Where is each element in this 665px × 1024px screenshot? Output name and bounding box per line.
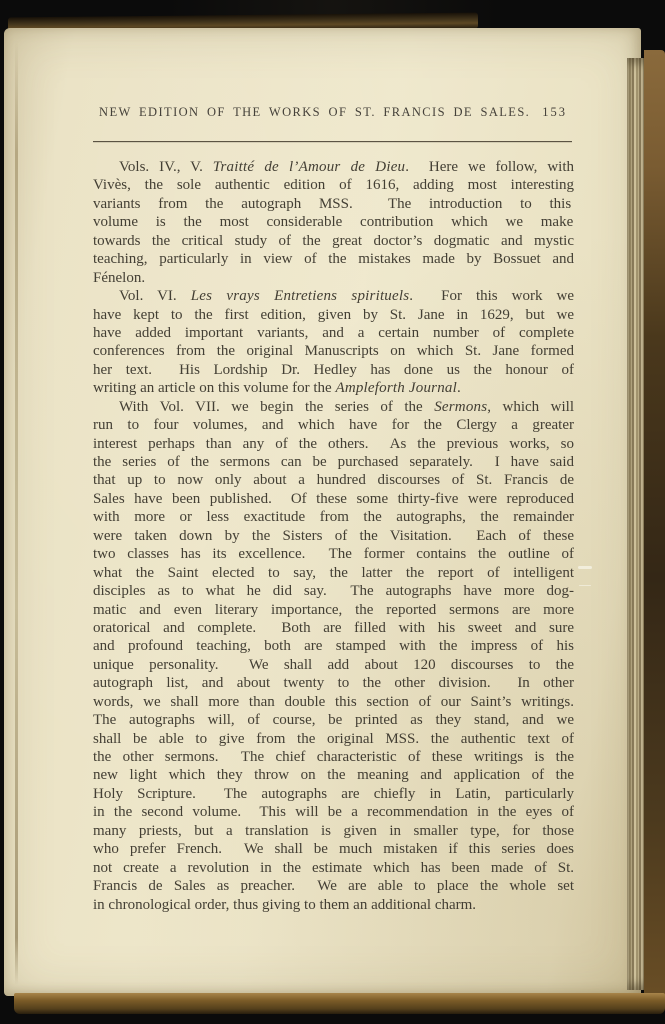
text-line: many priests, but a translation is given…: [93, 822, 574, 840]
text-line: the other sermons. The chief characteris…: [93, 748, 574, 766]
text-line: The autographs will, of course, be print…: [93, 711, 574, 729]
text-line: and profound teaching, both are stamped …: [93, 637, 574, 655]
text-line: conferences from the original Manuscript…: [93, 342, 574, 360]
text-line: Fénelon.: [93, 269, 574, 287]
text-line: in chronological order, thus giving to t…: [93, 896, 574, 914]
book-cover-bottom-edge: [14, 993, 665, 1014]
text-line: Vols. IV., V. Traitté de l’Amour de Dieu…: [93, 158, 574, 176]
text-line: oratorical and complete. Both are filled…: [93, 619, 574, 637]
paragraph: Vol. VI. Les vrays Entretiens spirituels…: [93, 287, 574, 398]
paragraph: Vols. IV., V. Traitté de l’Amour de Dieu…: [93, 158, 574, 287]
page-body: Vols. IV., V. Traitté de l’Amour de Dieu…: [93, 158, 574, 914]
running-header-title: NEW EDITION OF THE WORKS OF ST. FRANCIS …: [99, 105, 530, 119]
text-line: disciples as to what he did say. The aut…: [93, 582, 574, 600]
text-line: who prefer French. We shall be much mist…: [93, 840, 574, 858]
text-line: in the second volume. This will be a rec…: [93, 803, 574, 821]
page-gutter-crease: [15, 40, 18, 985]
paragraph: With Vol. VII. we begin the series of th…: [93, 398, 574, 914]
text-line: have kept to the first edition, given by…: [93, 306, 574, 324]
text-line: her text. His Lordship Dr. Hedley has do…: [93, 361, 574, 379]
text-line: shall be able to give from the original …: [93, 730, 574, 748]
text-line: the series of the sermons can be purchas…: [93, 453, 574, 471]
text-line: Francis de Sales as preacher. We are abl…: [93, 877, 574, 895]
text-line: not create a revolution in the estimate …: [93, 859, 574, 877]
text-line: Holy Scripture. The autographs are chief…: [93, 785, 574, 803]
scanned-book-photo: NEW EDITION OF THE WORKS OF ST. FRANCIS …: [0, 0, 665, 1024]
text-line: Vol. VI. Les vrays Entretiens spirituels…: [93, 287, 574, 305]
text-line: variants from the autograph MSS. The int…: [93, 195, 574, 213]
book-cover-right-edge: [644, 50, 665, 1010]
running-header: NEW EDITION OF THE WORKS OF ST. FRANCIS …: [93, 105, 573, 120]
text-line: new light which they throw on the meanin…: [93, 766, 574, 784]
text-line: interest perhaps than any of the others.…: [93, 435, 574, 453]
page-number: 153: [542, 105, 567, 119]
text-line: teaching, particularly in view of the mi…: [93, 250, 574, 268]
text-line: two classes has its excellence. The form…: [93, 545, 574, 563]
text-line: words, we shall more than double this se…: [93, 693, 574, 711]
text-line: With Vol. VII. we begin the series of th…: [93, 398, 574, 416]
text-line: towards the critical study of the great …: [93, 232, 574, 250]
text-line: with more or less exactitude from the au…: [93, 508, 574, 526]
text-line: have added important variants, and a cer…: [93, 324, 574, 342]
text-line: matic and even literary importance, the …: [93, 601, 574, 619]
header-rule: [93, 141, 572, 142]
text-line: volume is the most considerable contribu…: [93, 213, 574, 231]
text-line: Vivès, the sole authentic edition of 161…: [93, 176, 574, 194]
text-line: run to four volumes, and which have for …: [93, 416, 574, 434]
text-line: autograph list, and about twenty to the …: [93, 674, 574, 692]
paper-scratch-mark: [578, 566, 592, 569]
text-line: what the Saint elected to say, the latte…: [93, 564, 574, 582]
text-line: Sales have been published. Of these some…: [93, 490, 574, 508]
text-line: writing an article on this volume for th…: [93, 379, 574, 397]
text-line: unique personality. We shall add about 1…: [93, 656, 574, 674]
text-line: that up to now only about a hundred disc…: [93, 471, 574, 489]
text-line: were taken down by the Sisters of the Vi…: [93, 527, 574, 545]
